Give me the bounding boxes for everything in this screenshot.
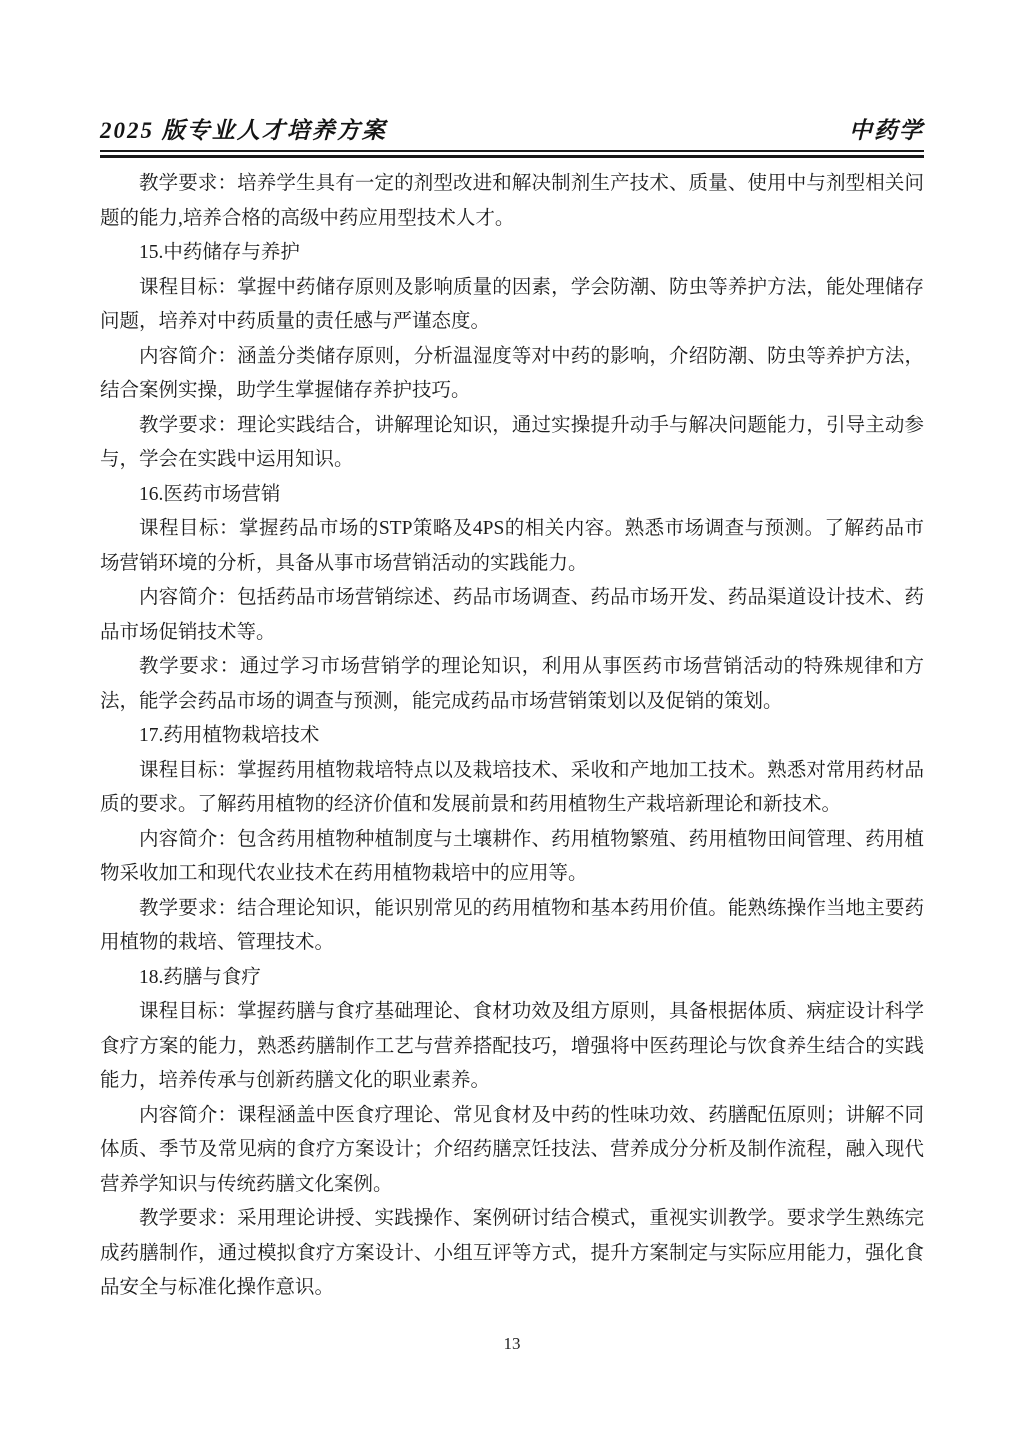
header-row: 2025 版专业人才培养方案 中药学 (100, 116, 924, 146)
header-divider-rule (100, 150, 924, 158)
page-header: 2025 版专业人才培养方案 中药学 (100, 116, 924, 158)
paragraph-course-goal-15: 课程目标：掌握中药储存原则及影响质量的因素，学会防潮、防虫等养护方法，能处理储存… (100, 271, 924, 340)
paragraph-teaching-requirement-16: 教学要求：通过学习市场营销学的理论知识，利用从事医药市场营销活动的特殊规律和方法… (100, 650, 924, 719)
paragraph-content-intro-15: 内容简介：涵盖分类储存原则，分析温湿度等对中药的影响，介绍防潮、防虫等养护方法，… (100, 340, 924, 409)
paragraph-content-intro-18: 内容简介：课程涵盖中医食疗理论、常见食材及中药的性味功效、药膳配伍原则；讲解不同… (100, 1099, 924, 1203)
paragraph-content-intro-17: 内容简介：包含药用植物种植制度与土壤耕作、药用植物繁殖、药用植物田间管理、药用植… (100, 823, 924, 892)
document-body: 教学要求：培养学生具有一定的剂型改进和解决制剂生产技术、质量、使用中与剂型相关问… (100, 167, 924, 1306)
paragraph-course-goal-16: 课程目标：掌握药品市场的STP策略及4PS的相关内容。熟悉市场调查与预测。了解药… (100, 512, 924, 581)
page-number: 13 (504, 1334, 521, 1353)
paragraph-teaching-requirement-15: 教学要求：理论实践结合，讲解理论知识，通过实操提升动手与解决问题能力，引导主动参… (100, 409, 924, 478)
header-left-title: 2025 版专业人才培养方案 (100, 116, 387, 146)
paragraph-teaching-requirement-17: 教学要求：结合理论知识，能识别常见的药用植物和基本药用价值。能熟练操作当地主要药… (100, 892, 924, 961)
section-heading-18: 18.药膳与食疗 (100, 961, 924, 996)
document-page: 2025 版专业人才培养方案 中药学 教学要求：培养学生具有一定的剂型改进和解决… (0, 0, 1024, 1448)
section-heading-17: 17.药用植物栽培技术 (100, 719, 924, 754)
section-heading-15: 15.中药储存与养护 (100, 236, 924, 271)
paragraph-course-goal-18: 课程目标：掌握药膳与食疗基础理论、食材功效及组方原则，具备根据体质、病症设计科学… (100, 995, 924, 1099)
paragraph-content-intro-16: 内容简介：包括药品市场营销综述、药品市场调查、药品市场开发、药品渠道设计技术、药… (100, 581, 924, 650)
header-right-title: 中药学 (849, 116, 924, 146)
page-footer: 13 (0, 1334, 1024, 1354)
paragraph-course-goal-17: 课程目标：掌握药用植物栽培特点以及栽培技术、采收和产地加工技术。熟悉对常用药材品… (100, 754, 924, 823)
section-heading-16: 16.医药市场营销 (100, 478, 924, 513)
paragraph-teaching-requirement-14: 教学要求：培养学生具有一定的剂型改进和解决制剂生产技术、质量、使用中与剂型相关问… (100, 167, 924, 236)
paragraph-teaching-requirement-18: 教学要求：采用理论讲授、实践操作、案例研讨结合模式，重视实训教学。要求学生熟练完… (100, 1202, 924, 1306)
